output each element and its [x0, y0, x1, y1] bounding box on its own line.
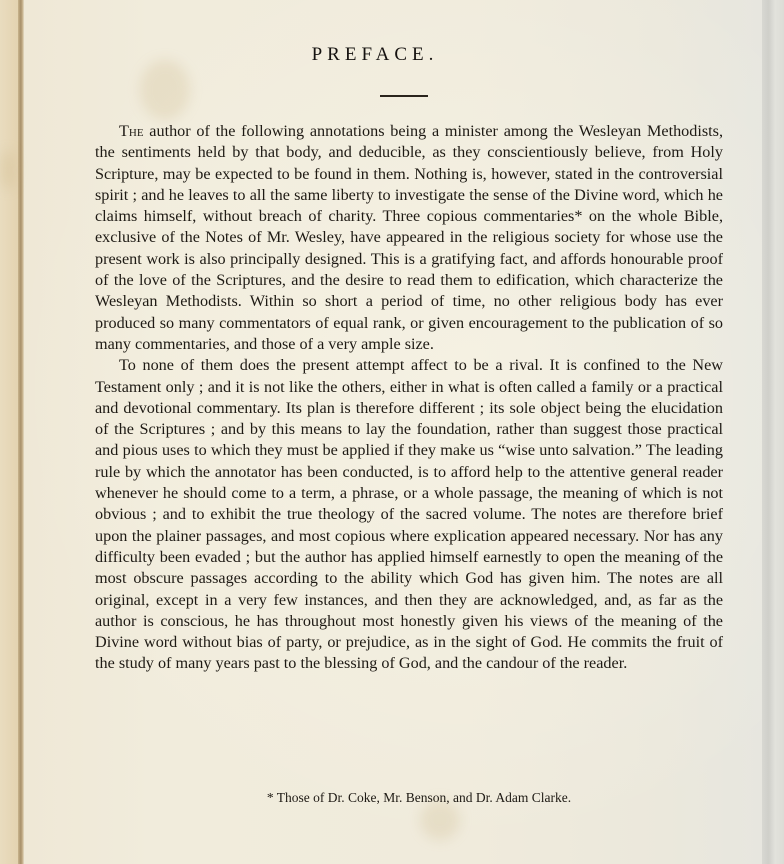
title-rule-divider [380, 95, 428, 97]
paper-stain [140, 60, 190, 120]
paper-stain [0, 150, 16, 190]
preface-body: The author of the following annotations … [95, 121, 723, 675]
paragraph-lead-smallcaps: The [119, 122, 144, 140]
page-title: PREFACE. [95, 44, 655, 66]
paragraph-text: author of the following annotations bein… [95, 122, 723, 353]
facing-page-edge [0, 0, 18, 864]
paper-stain [420, 800, 460, 840]
footnote: * Those of Dr. Coke, Mr. Benson, and Dr.… [95, 790, 723, 806]
paragraph-2: To none of them does the present attempt… [95, 355, 723, 674]
paragraph-text: To none of them does the present attempt… [95, 356, 723, 672]
book-binding-gutter [18, 0, 24, 864]
paragraph-1: The author of the following annotations … [95, 121, 723, 355]
page-edge-shadow [762, 0, 784, 864]
